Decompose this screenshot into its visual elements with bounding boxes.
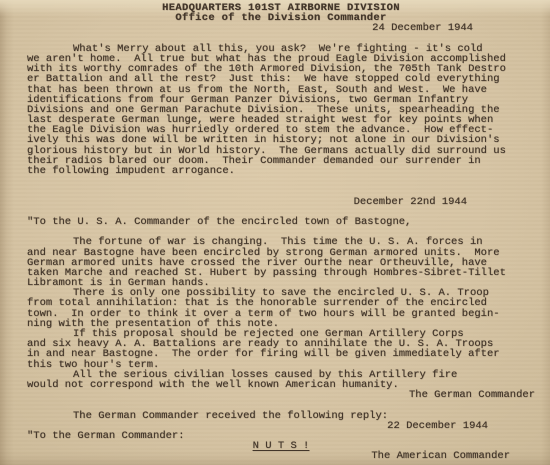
document-body: HEADQUARTERS 101ST AIRBORNE DIVISIONOffi… xyxy=(27,3,535,461)
blank-line xyxy=(27,176,535,186)
date-december-22nd-1944: December 22nd 1944 xyxy=(27,197,535,207)
document-line: er Battalion and all the rest? Just this… xyxy=(27,74,535,84)
date-24-december-1944: 24 December 1944 xyxy=(27,23,535,33)
document-line: the following impudent arrogance. xyxy=(27,166,535,176)
mcauliffe-christmas-message-scan: HEADQUARTERS 101ST AIRBORNE DIVISIONOffi… xyxy=(0,0,550,465)
american-commander-signature: The American Commander xyxy=(27,451,535,461)
german-commander-signature: The German Commander xyxy=(27,390,535,400)
blank-line xyxy=(27,400,535,410)
document-line: The fortune of war is changing. This tim… xyxy=(27,237,535,247)
document-line: "To the U. S. A. Commander of the encirc… xyxy=(27,217,535,227)
